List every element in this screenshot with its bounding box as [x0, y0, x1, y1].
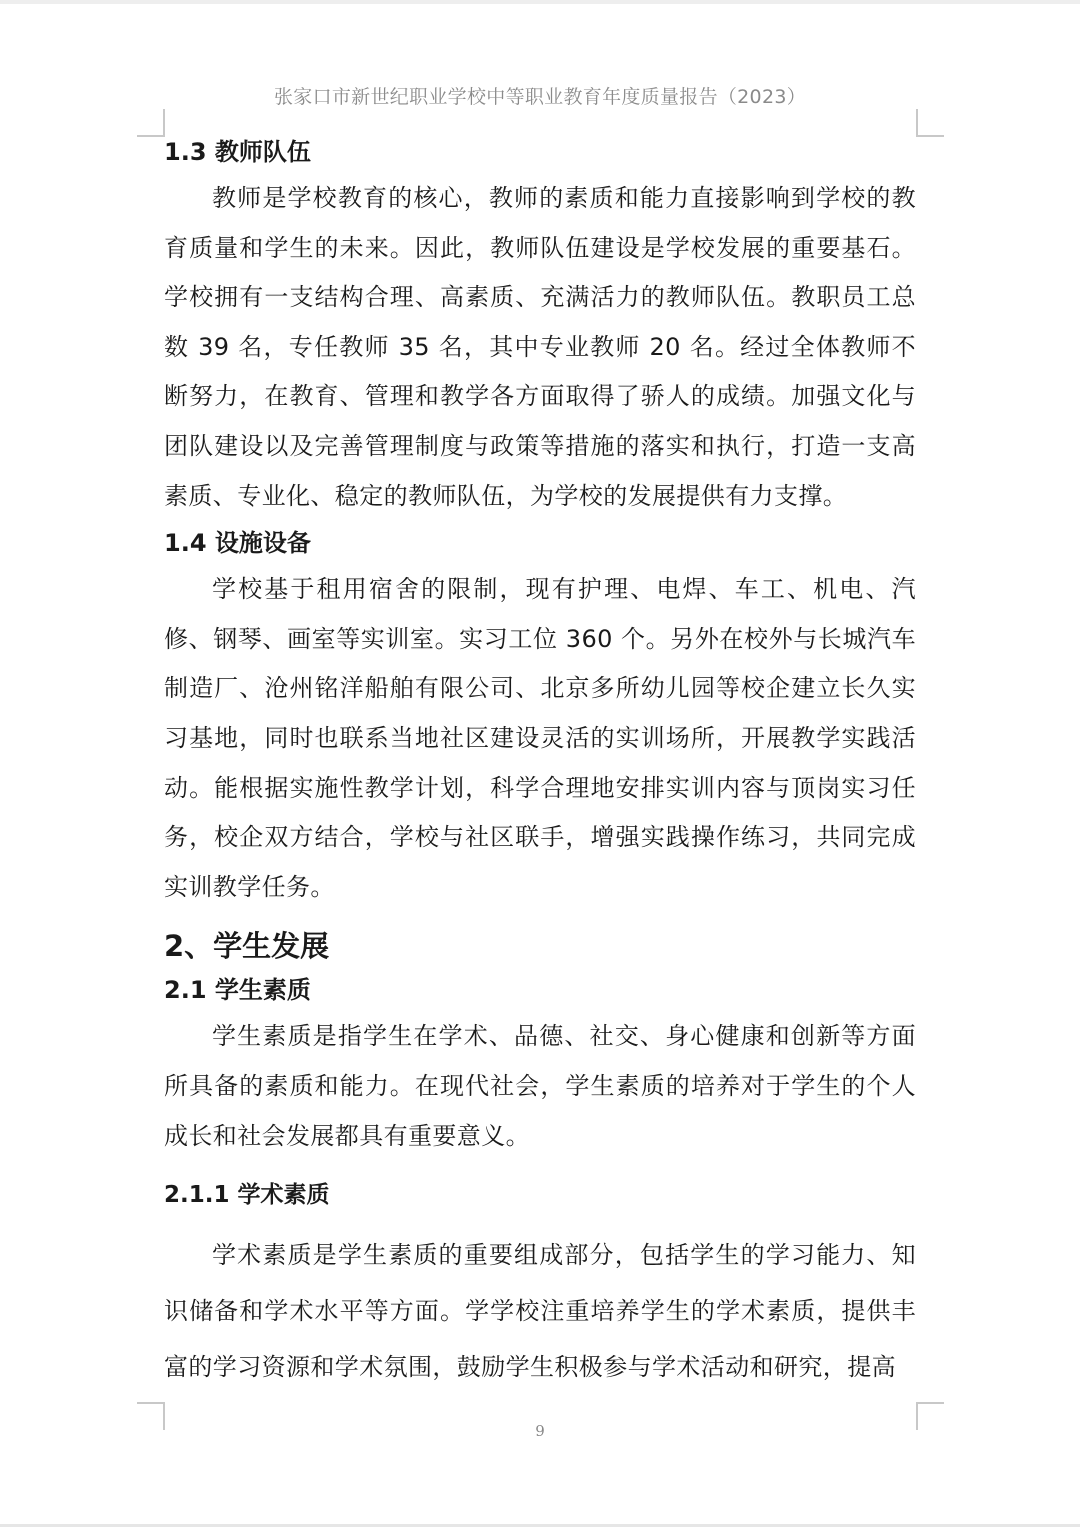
running-header: 张家口市新世纪职业学校中等职业教育年度质量报告（2023）	[0, 82, 1080, 109]
heading-2: 2、学生发展	[164, 924, 916, 968]
top-edge-bar	[0, 0, 1080, 4]
paragraph-facilities: 学校基于租用宿舍的限制，现有护理、电焊、车工、机电、汽修、钢琴、画室等实训室。实…	[164, 565, 916, 912]
heading-1-3: 1.3 教师队伍	[164, 130, 916, 174]
heading-1-4: 1.4 设施设备	[164, 521, 916, 565]
page-body: 1.3 教师队伍 教师是学校教育的核心，教师的素质和能力直接影响到学校的教育质量…	[164, 130, 916, 1395]
paragraph-student-quality: 学生素质是指学生在学术、品德、社交、身心健康和创新等方面所具备的素质和能力。在现…	[164, 1012, 916, 1161]
crop-mark-top-left	[137, 109, 165, 137]
crop-mark-top-right	[916, 109, 944, 137]
heading-2-1-1: 2.1.1 学术素质	[164, 1173, 916, 1217]
paragraph-teachers: 教师是学校教育的核心，教师的素质和能力直接影响到学校的教育质量和学生的未来。因此…	[164, 174, 916, 521]
heading-2-1: 2.1 学生素质	[164, 968, 916, 1012]
page-number: 9	[0, 1422, 1080, 1440]
paragraph-academic-quality: 学术素质是学生素质的重要组成部分，包括学生的学习能力、知识储备和学术水平等方面。…	[164, 1227, 916, 1395]
